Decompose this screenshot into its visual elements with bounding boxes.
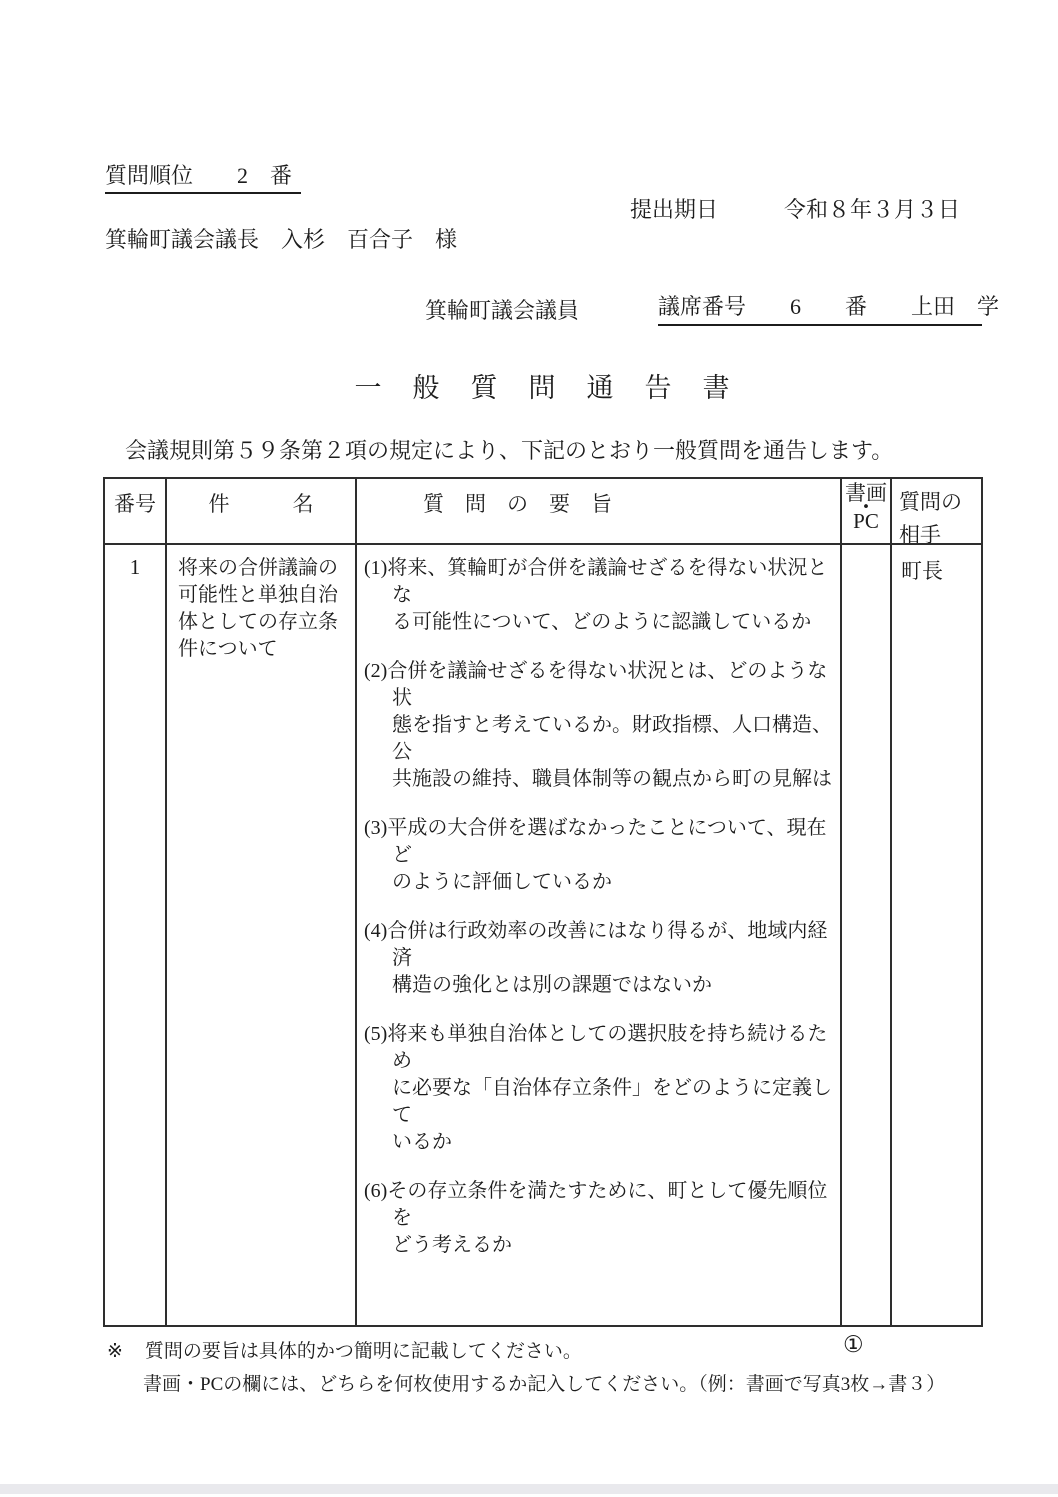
col-header-summary: 質 問 の 要 旨 xyxy=(357,479,842,545)
footer-note-2: 書画・PCの欄には、どちらを何枚使用するか記入してください。（例：書画で写真3枚… xyxy=(143,1369,945,1396)
addressee-line: 箕輪町議会議長 入杉 百合子 様 xyxy=(105,227,457,253)
col-header-media: 書画 ・ PC xyxy=(842,479,892,545)
question-order-value: 質問順位 2 番 xyxy=(105,163,301,194)
footer-note-1-text: 質問の要旨は具体的かつ簡明に記載してください。 xyxy=(145,1341,582,1362)
note-asterisk-mark: ※ xyxy=(107,1341,123,1362)
document-page: 質問順位 2 番 提出期日 令和８年３月３日 箕輪町議会議長 入杉 百合子 様 … xyxy=(0,0,1058,1497)
row-media-cell xyxy=(842,545,892,1325)
row-summary-cell: (1)将来、箕輪町が合併を議論せざるを得ない状況とな る可能性について、どのよう… xyxy=(357,545,842,1325)
question-order-line: 質問順位 2 番 xyxy=(105,163,301,194)
question-notice-table: 番号 件 名 質 問 の 要 旨 書画 ・ PC 質問の相手 1 将来の合併議論… xyxy=(103,477,983,1327)
col-header-target: 質問の相手 xyxy=(892,479,981,545)
member-label: 箕輪町議会議員 xyxy=(425,298,579,324)
col-header-subject: 件 名 xyxy=(167,479,357,545)
question-item-6: (6)その存立条件を満たすために、町として優先順位を どう考えるか xyxy=(364,1178,838,1259)
page-bottom-edge xyxy=(0,1484,1058,1494)
media-header-bottom: PC xyxy=(853,514,879,528)
footer-note-1: ※質問の要旨は具体的かつ簡明に記載してください。 xyxy=(107,1336,582,1363)
page-title: 一 般 質 問 通 告 書 xyxy=(103,366,983,405)
submission-date-line: 提出期日 令和８年３月３日 xyxy=(630,197,960,223)
question-item-1: (1)将来、箕輪町が合併を議論せざるを得ない状況とな る可能性について、どのよう… xyxy=(364,555,838,636)
question-item-2: (2)合併を議論せざるを得ない状況とは、どのような状 態を指すと考えているか。財… xyxy=(364,658,838,793)
question-item-5: (5)将来も単独自治体としての選択肢を持ち続けるため に必要な「自治体存立条件」… xyxy=(364,1021,838,1156)
row-target-cell: 町長 xyxy=(892,545,981,1325)
page-number: ① xyxy=(843,1332,864,1358)
intro-text: 会議規則第５９条第２項の規定により、下記のとおり一般質問を通告します。 xyxy=(125,434,893,465)
member-seat-line: 議席番号 6 番 上田 学 xyxy=(658,294,982,326)
question-item-4: (4)合併は行政効率の改善にはなり得るが、地域内経済 構造の強化とは別の課題では… xyxy=(364,918,838,999)
row-number-cell: 1 xyxy=(105,545,167,1325)
row-subject-cell: 将来の合併議論の 可能性と単独自治 体としての存立条 件について xyxy=(167,545,357,1325)
member-seat-value: 議席番号 6 番 上田 学 xyxy=(658,294,982,326)
col-header-number: 番号 xyxy=(105,479,167,545)
question-item-3: (3)平成の大合併を選ばなかったことについて、現在ど のように評価しているか xyxy=(364,815,838,896)
